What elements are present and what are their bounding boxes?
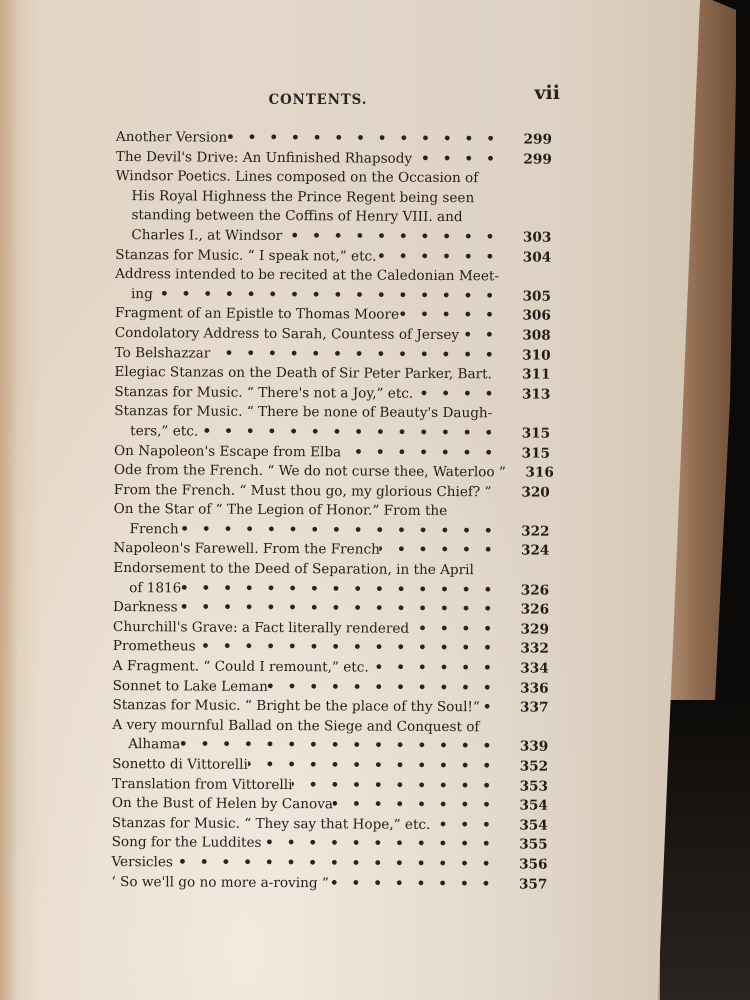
toc-entry-title-line: Stanzas for Music. “ I speak not,” etc. bbox=[115, 246, 376, 267]
dot-leader: •••••••••••••••••••••••••••••••••••••••• bbox=[333, 796, 508, 817]
toc-entry-title-line: standing between the Coffins of Henry VI… bbox=[115, 206, 551, 228]
toc-page-number: 332 bbox=[509, 640, 549, 660]
toc-page-number: 324 bbox=[509, 542, 549, 562]
dot-leader: •••••••••••••••••••••••••••••••••••••••• bbox=[506, 463, 514, 483]
dot-leader: •••••••••••••••••••••••••••••••••••••••• bbox=[261, 834, 507, 855]
toc-entry-title-line: Stanzas for Music. “ Bright be the place… bbox=[112, 696, 480, 718]
toc-entry-title-line: Condolatory Address to Sarah, Countess o… bbox=[115, 324, 459, 346]
dot-leader: •••••••••••••••••••••••••••••••••••••••• bbox=[198, 422, 510, 443]
toc-page-number: 313 bbox=[510, 385, 550, 405]
toc-entry: A very mournful Ballad on the Siege and … bbox=[112, 716, 548, 758]
toc-entry: The Devil's Drive: An Unfinished Rhapsod… bbox=[116, 148, 552, 170]
background-shadow bbox=[660, 700, 750, 1000]
toc-entry-title-line: On the Bust of Helen by Canova bbox=[112, 794, 333, 815]
toc-entry-title-line: His Royal Highness the Prince Regent bei… bbox=[116, 187, 552, 209]
toc-entry-title-line: Endorsement to the Deed of Separation, i… bbox=[113, 559, 549, 581]
dot-leader: •••••••••••••••••••••••••••••••••••••••• bbox=[227, 129, 512, 150]
toc-page-number: 306 bbox=[511, 307, 551, 327]
toc-entry-title-line: From the French. “ Must thou go, my glor… bbox=[114, 481, 492, 503]
toc-entry-title-line: Napoleon's Farewell. From the French bbox=[113, 539, 380, 560]
toc-entry: Elegiac Stanzas on the Death of Sir Pete… bbox=[114, 363, 550, 385]
dot-leader: •••••••••••••••••••••••••••••••••••••••• bbox=[282, 227, 511, 248]
toc-entry-title-line: Ode from the French. “ We do not curse t… bbox=[114, 461, 506, 483]
toc-entry-title-line: Darkness bbox=[113, 598, 178, 618]
toc-page-number: 311 bbox=[510, 366, 550, 386]
toc-page-number: 326 bbox=[509, 581, 549, 601]
toc-entry-title-line: French bbox=[129, 520, 178, 540]
toc-entry-title-line: The Devil's Drive: An Unfinished Rhapsod… bbox=[116, 148, 412, 169]
toc-entry-title-line: Churchill's Grave: a Fact literally rend… bbox=[113, 618, 409, 639]
toc-entry-title-line: A Fragment. “ Could I remount,” etc. bbox=[113, 657, 369, 678]
toc-entry-title-line: Prometheus bbox=[113, 637, 196, 657]
page-number-roman: vii bbox=[535, 82, 560, 104]
toc-page-number: 304 bbox=[511, 248, 551, 268]
toc-entry: A Fragment. “ Could I remount,” etc.••••… bbox=[113, 657, 549, 679]
dot-leader: •••••••••••••••••••••••••••••••••••••••• bbox=[210, 344, 510, 365]
toc-entry: Translation from Vittorelli•••••••••••••… bbox=[112, 775, 548, 797]
toc-page-number: 339 bbox=[508, 738, 548, 758]
dot-leader: •••••••••••••••••••••••••••••••••••••••• bbox=[248, 756, 508, 777]
toc-page-number: 308 bbox=[511, 326, 551, 346]
toc-entry: Song for the Luddites•••••••••••••••••••… bbox=[112, 833, 548, 855]
toc-page-number: 326 bbox=[509, 601, 549, 621]
toc-entry-title-line: of 1816 bbox=[129, 579, 181, 599]
toc-entry: Another Version•••••••••••••••••••••••••… bbox=[116, 128, 552, 150]
running-title: CONTENTS. bbox=[269, 92, 368, 108]
toc-entry: Churchill's Grave: a Fact literally rend… bbox=[113, 618, 549, 640]
toc-page-number: 336 bbox=[509, 679, 549, 699]
dot-leader: •••••••••••••••••••••••••••••••••••••••• bbox=[329, 874, 508, 895]
toc-entry-title-line: Fragment of an Epistle to Thomas Moore bbox=[115, 304, 399, 325]
toc-entry: On the Bust of Helen by Canova••••••••••… bbox=[112, 794, 548, 816]
toc-entry-title-line: Another Version bbox=[116, 128, 227, 148]
dot-leader: •••••••••••••••••••••••••••••••••••••••• bbox=[173, 853, 508, 875]
toc-page-number: 356 bbox=[507, 855, 547, 875]
page-header: CONTENTS. vii bbox=[100, 88, 560, 112]
toc-page-number: 299 bbox=[512, 150, 552, 170]
toc-page-number: 322 bbox=[509, 522, 549, 542]
book-page: CONTENTS. vii Another Version•••••••••••… bbox=[0, 0, 700, 1000]
toc-entry-title-line: Translation from Vittorelli bbox=[112, 775, 293, 796]
toc-entry: Stanzas for Music. “ There's not a Joy,”… bbox=[114, 383, 550, 405]
dot-leader: •••••••••••••••••••••••••••••••••••••••• bbox=[292, 776, 508, 797]
toc-entry-title-line: On Napoleon's Escape from Elba bbox=[114, 441, 341, 462]
toc-page-number: 337 bbox=[508, 699, 548, 719]
toc-entry-title-line: Alhama bbox=[128, 735, 180, 755]
toc-entry-title-line: Sonnet to Lake Leman bbox=[113, 677, 268, 698]
toc-entry: Prometheus••••••••••••••••••••••••••••••… bbox=[113, 637, 549, 659]
toc-entry-title-line: On the Star of “ The Legion of Honor.” F… bbox=[114, 500, 550, 522]
toc-page-number: 353 bbox=[508, 777, 548, 797]
toc-page-number: 315 bbox=[510, 424, 550, 444]
toc-entry-title-line: Sonetto di Vittorelli bbox=[112, 755, 248, 775]
toc-page-number: 320 bbox=[510, 483, 550, 503]
toc-entry: Sonnet to Lake Leman••••••••••••••••••••… bbox=[113, 677, 549, 699]
toc-entry: Ode from the French. “ We do not curse t… bbox=[114, 461, 550, 483]
dot-leader: •••••••••••••••••••••••••••••••••••••••• bbox=[491, 483, 509, 503]
dot-leader: •••••••••••••••••••••••••••••••••••••••• bbox=[341, 443, 510, 464]
toc-entry-title-line: ters,” etc. bbox=[130, 422, 198, 442]
dot-leader: •••••••••••••••••••••••••••••••••••••••• bbox=[409, 620, 509, 640]
toc-page-number: 303 bbox=[511, 228, 551, 248]
dot-leader: •••••••••••••••••••••••••••••••••••••••• bbox=[430, 816, 507, 836]
toc-entry: Stanzas for Music. “ They say that Hope,… bbox=[112, 814, 548, 836]
dot-leader: •••••••••••••••••••••••••••••••••••••••• bbox=[179, 520, 510, 542]
toc-page-number: 354 bbox=[508, 816, 548, 836]
toc-entry-title-line: Versicles bbox=[111, 853, 173, 873]
toc-entry-title-line: ‘ So we'll go no more a-roving ” bbox=[111, 873, 329, 894]
toc-page-number: 299 bbox=[512, 130, 552, 150]
toc-entry: Napoleon's Farewell. From the French••••… bbox=[113, 539, 549, 561]
toc-entry: Address intended to be recited at the Ca… bbox=[115, 265, 551, 307]
toc-entry-title-line: Elegiac Stanzas on the Death of Sir Pete… bbox=[114, 363, 492, 385]
table-of-contents: Another Version•••••••••••••••••••••••••… bbox=[111, 128, 552, 895]
toc-page-number: 334 bbox=[509, 659, 549, 679]
toc-entry-title-line: ing bbox=[131, 285, 153, 305]
toc-entry-title-line: Stanzas for Music. “ There's not a Joy,”… bbox=[114, 383, 413, 404]
toc-entry: Stanzas for Music. “ There be none of Be… bbox=[114, 402, 550, 444]
dot-leader: •••••••••••••••••••••••••••••••••••••••• bbox=[178, 599, 510, 621]
dot-leader: •••••••••••••••••••••••••••••••••••••••• bbox=[412, 149, 512, 169]
dot-leader: •••••••••••••••••••••••••••••••••••••••• bbox=[376, 247, 511, 267]
dot-leader: •••••••••••••••••••••••••••••••••••••••• bbox=[480, 698, 509, 718]
toc-entry: On the Star of “ The Legion of Honor.” F… bbox=[113, 500, 549, 542]
toc-entry-title-line: Stanzas for Music. “ There be none of Be… bbox=[114, 402, 550, 424]
dot-leader: •••••••••••••••••••••••••••••••••••••••• bbox=[413, 385, 510, 405]
toc-page-number: 315 bbox=[510, 444, 550, 464]
dot-leader: •••••••••••••••••••••••••••••••••••••••• bbox=[153, 285, 511, 307]
toc-entry: Condolatory Address to Sarah, Countess o… bbox=[115, 324, 551, 346]
toc-entry: To Belshazzar•••••••••••••••••••••••••••… bbox=[115, 344, 551, 366]
dot-leader: •••••••••••••••••••••••••••••••••••••••• bbox=[399, 306, 511, 326]
toc-page-number: 352 bbox=[508, 757, 548, 777]
toc-page-number: 305 bbox=[511, 287, 551, 307]
toc-entry-title-line: Windsor Poetics. Lines composed on the O… bbox=[116, 167, 552, 189]
toc-page-number: 357 bbox=[507, 875, 547, 895]
toc-entry-title-line: To Belshazzar bbox=[115, 344, 211, 364]
toc-entry-title-line: Song for the Luddites bbox=[112, 833, 262, 854]
toc-page-number: 355 bbox=[508, 836, 548, 856]
toc-entry-title-line: Stanzas for Music. “ They say that Hope,… bbox=[112, 814, 431, 836]
dot-leader: •••••••••••••••••••••••••••••••••••••••• bbox=[369, 659, 509, 679]
toc-entry: Stanzas for Music. “ I speak not,” etc.•… bbox=[115, 246, 551, 268]
dot-leader: •••••••••••••••••••••••••••••••••••••••• bbox=[380, 541, 510, 561]
toc-entry: Fragment of an Epistle to Thomas Moore••… bbox=[115, 304, 551, 326]
toc-entry: Windsor Poetics. Lines composed on the O… bbox=[115, 167, 551, 248]
dot-leader: •••••••••••••••••••••••••••••••••••••••• bbox=[492, 365, 511, 385]
dot-leader: •••••••••••••••••••••••••••••••••••••••• bbox=[196, 638, 509, 660]
toc-entry: Stanzas for Music. “ Bright be the place… bbox=[112, 696, 548, 718]
dot-leader: •••••••••••••••••••••••••••••••••••••••• bbox=[459, 326, 511, 346]
toc-entry-title-line: A very mournful Ballad on the Siege and … bbox=[112, 716, 548, 738]
toc-page-number: 316 bbox=[514, 464, 554, 484]
dot-leader: •••••••••••••••••••••••••••••••••••••••• bbox=[181, 579, 509, 601]
toc-entry-title-line: Address intended to be recited at the Ca… bbox=[115, 265, 551, 287]
toc-entry: Versicles•••••••••••••••••••••••••••••••… bbox=[111, 853, 547, 875]
toc-entry: On Napoleon's Escape from Elba••••••••••… bbox=[114, 441, 550, 463]
toc-page-number: 310 bbox=[511, 346, 551, 366]
toc-entry-title-line: Charles I., at Windsor bbox=[131, 226, 282, 247]
dot-leader: •••••••••••••••••••••••••••••••••••••••• bbox=[180, 736, 508, 758]
toc-page-number: 329 bbox=[509, 620, 549, 640]
toc-entry: ‘ So we'll go no more a-roving ”••••••••… bbox=[111, 873, 547, 895]
toc-entry: Darkness••••••••••••••••••••••••••••••••… bbox=[113, 598, 549, 620]
toc-entry: Sonetto di Vittorelli•••••••••••••••••••… bbox=[112, 755, 548, 777]
toc-entry: From the French. “ Must thou go, my glor… bbox=[114, 481, 550, 503]
toc-entry: Endorsement to the Deed of Separation, i… bbox=[113, 559, 549, 601]
dot-leader: •••••••••••••••••••••••••••••••••••••••• bbox=[268, 678, 509, 699]
toc-page-number: 354 bbox=[508, 797, 548, 817]
